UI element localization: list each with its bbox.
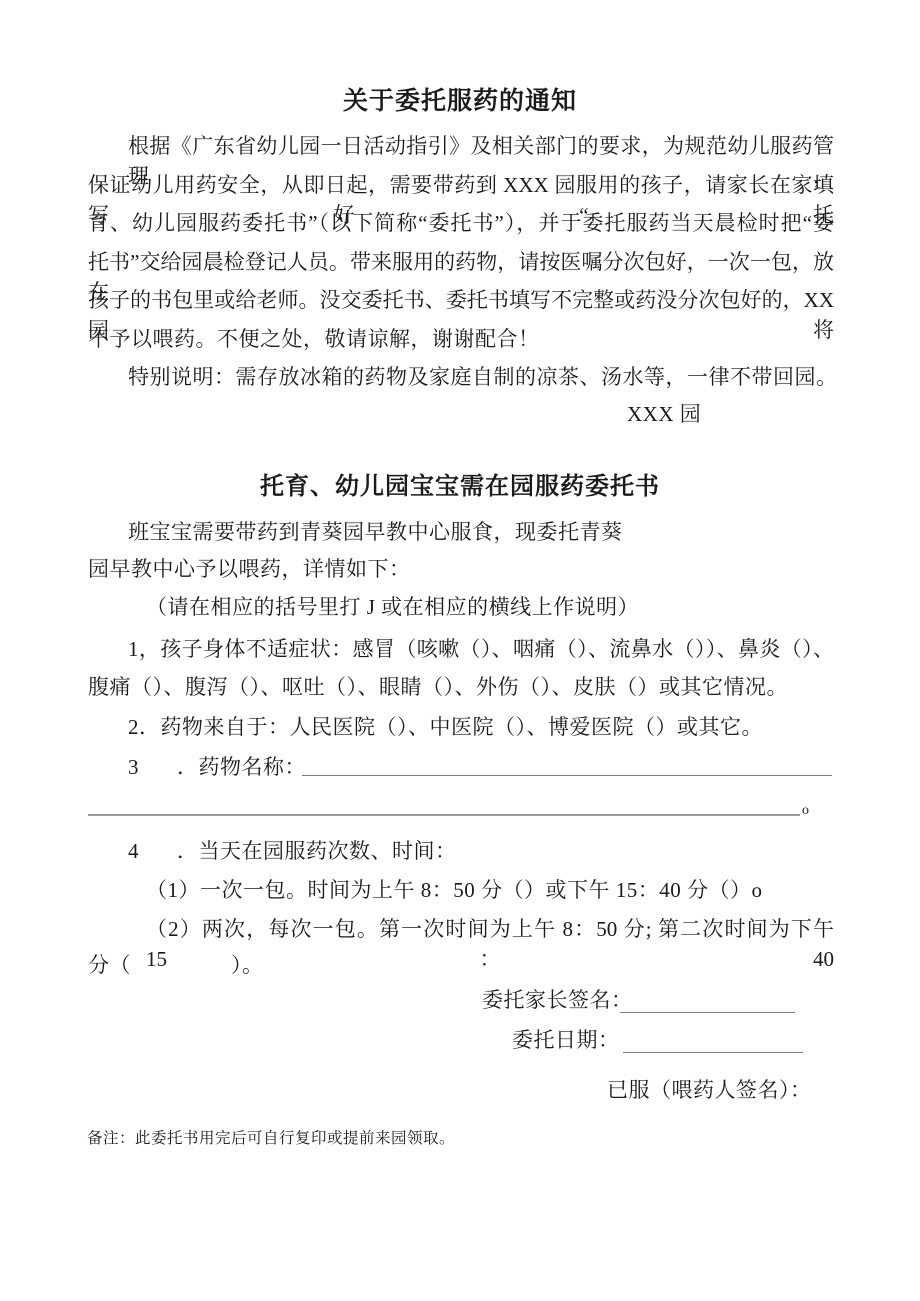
- intro-line: 班宝宝需要带药到青葵园早教中心服食，现委托青葵: [128, 517, 834, 547]
- medicine-name-label: ．药物名称：: [177, 755, 306, 779]
- intro-line: 园早教中心予以喂药，详情如下：: [88, 554, 834, 584]
- instruction-note: （请在相应的括号里打 J 或在相应的横线上作说明）: [146, 592, 834, 622]
- dose-option-1: （1）一次一包。时间为上午 8：50 分（）或下午 15：40 分（）o: [146, 875, 834, 905]
- medicine-source-line: 2．药物来自于：人民医院（）、中医院（）、博爱医院（）或其它。: [128, 712, 834, 742]
- medicine-name-overflow-line: o: [88, 798, 834, 818]
- overflow-blank[interactable]: [88, 798, 800, 816]
- notice-line: 育、幼儿园服药委托书”（以下简称“委托书”），并于委托服药当天晨检时把“委: [88, 208, 834, 238]
- notice-line: 不予以喂药。不便之处，敬请谅解，谢谢配合！: [88, 324, 834, 354]
- symptom-line: 1，孩子身体不适症状：感冒（咳嗽（）、咽痛（）、流鼻水（））、鼻炎（）、: [128, 634, 834, 664]
- overflow-period-mark: o: [802, 804, 809, 818]
- document-page: 关于委托服药的通知 根据《广东省幼儿园一日活动指引》及相关部门的要求，为规范幼儿…: [0, 0, 920, 1301]
- dose-continuation-suffix: ）。: [231, 953, 264, 977]
- dose-continuation: 分（）。: [88, 950, 834, 980]
- remark-note: 备注：此委托书用完后可自行复印或提前来园领取。: [87, 1128, 833, 1150]
- form-title: 托育、幼儿园宝宝需在园服药委托书: [0, 472, 920, 502]
- symptom-line: 腹痛（）、腹泻（）、呕吐（）、眼睛（）、外伤（）、皮肤（）或其它情况。: [88, 672, 834, 702]
- medicine-name-blank[interactable]: [302, 752, 832, 776]
- fed-signature-label: 已服（喂药人签名）：: [607, 1075, 907, 1105]
- medicine-name-line: 3．药物名称：: [128, 752, 834, 782]
- dose-times-line: 4．当天在园服药次数、时间：: [128, 836, 834, 866]
- item-number: 4: [128, 839, 139, 863]
- sign-off: XXX 园: [627, 399, 827, 429]
- dose-times-label: ．当天在园服药次数、时间：: [177, 839, 457, 863]
- parent-signature-blank[interactable]: [620, 985, 795, 1013]
- dose-continuation-prefix: 分（: [88, 953, 131, 977]
- notice-title: 关于委托服药的通知: [0, 86, 920, 116]
- special-note: 特别说明：需存放冰箱的药物及家庭自制的凉茶、汤水等，一律不带回园。: [128, 362, 834, 392]
- date-blank[interactable]: [623, 1025, 803, 1053]
- item-number: 3: [128, 755, 139, 779]
